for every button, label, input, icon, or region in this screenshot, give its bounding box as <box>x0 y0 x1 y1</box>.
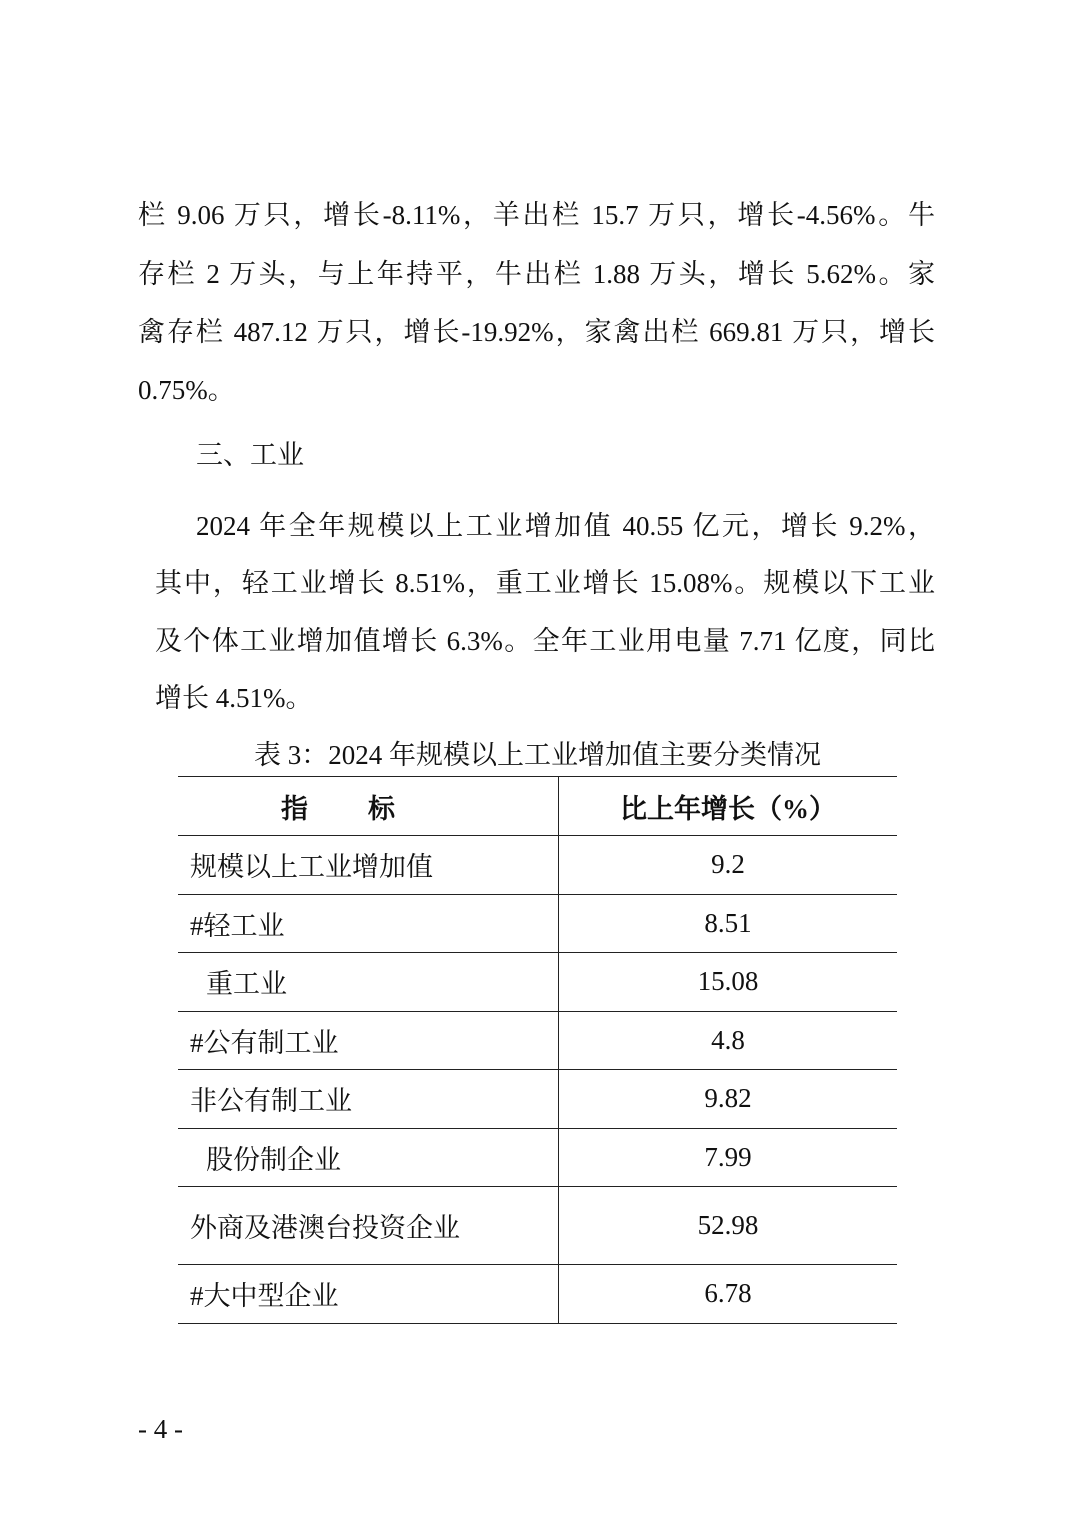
indicator-cell: #轻工业 <box>178 894 559 953</box>
table-row: 股份制企业 7.99 <box>178 1128 897 1187</box>
table-row: 规模以上工业增加值 9.2 <box>178 836 897 895</box>
indicator-cell: 外商及港澳台投资企业 <box>178 1187 559 1265</box>
table-row: #公有制工业 4.8 <box>178 1011 897 1070</box>
text-line: 栏 9.06 万只，增长-8.11%，羊出栏 15.7 万只，增长-4.56%。… <box>138 198 935 232</box>
text-line: 及个体工业增加值增长 6.3%。全年工业用电量 7.71 亿度，同比 <box>155 624 935 658</box>
growth-cell: 4.8 <box>559 1011 898 1070</box>
table-row: 外商及港澳台投资企业 52.98 <box>178 1187 897 1265</box>
text-line: 增长 4.51%。 <box>155 681 313 715</box>
table-row: #轻工业 8.51 <box>178 894 897 953</box>
indicator-cell: #大中型企业 <box>178 1265 559 1324</box>
text-line: 2024 年全年规模以上工业增加值 40.55 亿元，增长 9.2%， <box>196 509 935 543</box>
text-line: 0.75%。 <box>138 373 235 407</box>
table-row: 非公有制工业 9.82 <box>178 1070 897 1129</box>
column-header-growth: 比上年增长（%） <box>559 777 898 836</box>
indicator-cell: #公有制工业 <box>178 1011 559 1070</box>
text-line: 禽存栏 487.12 万只，增长-19.92%，家禽出栏 669.81 万只，增… <box>138 315 935 349</box>
industry-growth-table: 指标 比上年增长（%） 规模以上工业增加值 9.2 #轻工业 8.51 重工业 … <box>178 776 897 1324</box>
indicator-cell: 股份制企业 <box>178 1128 559 1187</box>
page-number: - 4 - <box>138 1414 183 1444</box>
text-line: 存栏 2 万头，与上年持平，牛出栏 1.88 万头，增长 5.62%。家 <box>138 257 935 291</box>
indicator-cell: 规模以上工业增加值 <box>178 836 559 895</box>
indicator-cell: 非公有制工业 <box>178 1070 559 1129</box>
text-line: 其中，轻工业增长 8.51%，重工业增长 15.08%。规模以下工业 <box>155 566 935 600</box>
column-header-indicator: 指标 <box>178 777 559 836</box>
table-caption: 表 3：2024 年规模以上工业增加值主要分类情况 <box>178 738 897 772</box>
indicator-cell: 重工业 <box>178 953 559 1012</box>
table-row: 重工业 15.08 <box>178 953 897 1012</box>
section-heading: 三、工业 <box>196 438 304 472</box>
growth-cell: 52.98 <box>559 1187 898 1265</box>
growth-cell: 6.78 <box>559 1265 898 1324</box>
growth-cell: 9.2 <box>559 836 898 895</box>
growth-cell: 15.08 <box>559 953 898 1012</box>
growth-cell: 9.82 <box>559 1070 898 1129</box>
table-row: #大中型企业 6.78 <box>178 1265 897 1324</box>
growth-cell: 8.51 <box>559 894 898 953</box>
growth-cell: 7.99 <box>559 1128 898 1187</box>
